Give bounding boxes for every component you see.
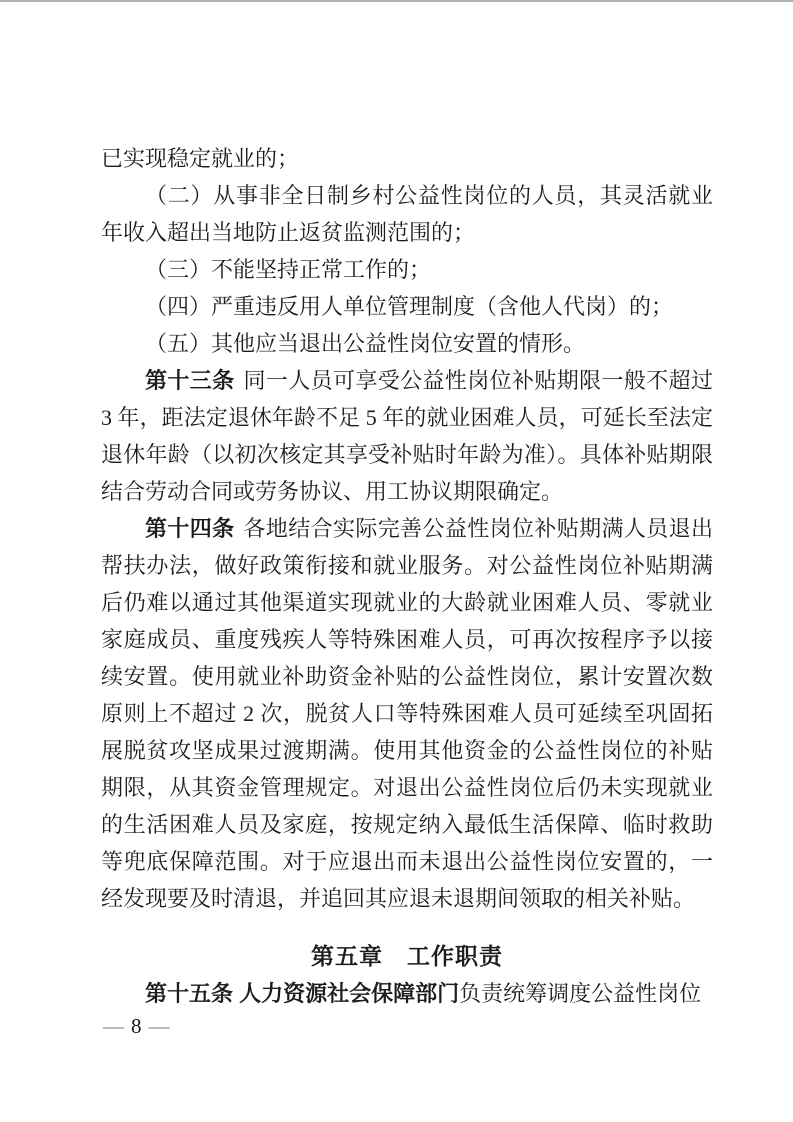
article-number-label: 第十三条 (145, 368, 235, 393)
page-number-value: 8 (131, 1014, 142, 1038)
article-number-label: 第十五条 人力资源社会保障部门 (145, 981, 459, 1006)
body-paragraph: （四）严重违反用人单位管理制度（含他人代岗）的； (101, 288, 713, 325)
article-text: 各地结合实际完善公益性岗位补贴期满人员退出帮扶办法，做好政策衔接和就业服务。对公… (101, 516, 713, 911)
document-content: 已实现稳定就业的；（二）从事非全日制乡村公益性岗位的人员，其灵活就业年收入超出当… (101, 140, 713, 1012)
body-paragraph: （三）不能坚持正常工作的； (101, 251, 713, 288)
article-number-label: 第十四条 (145, 516, 235, 541)
article-paragraph: 第十三条同一人员可享受公益性岗位补贴期限一般不超过 3 年，距法定退休年龄不足 … (101, 362, 713, 510)
page-number-dash-left: — (103, 1014, 124, 1038)
body-paragraph: （五）其他应当退出公益性岗位安置的情形。 (101, 325, 713, 362)
body-paragraph: （二）从事非全日制乡村公益性岗位的人员，其灵活就业年收入超出当地防止返贫监测范围… (101, 177, 713, 251)
article-text: 负责统筹调度公益性岗位 (459, 981, 701, 1006)
body-paragraph: 已实现稳定就业的； (101, 140, 713, 177)
article-paragraph: 第十四条各地结合实际完善公益性岗位补贴期满人员退出帮扶办法，做好政策衔接和就业服… (101, 510, 713, 917)
page-number-dash-right: — (149, 1014, 170, 1038)
chapter-heading: 第五章 工作职责 (101, 938, 713, 975)
scan-edge-line (0, 0, 793, 2)
document-page: 已实现稳定就业的；（二）从事非全日制乡村公益性岗位的人员，其灵活就业年收入超出当… (0, 0, 793, 1122)
page-number: —8— (103, 1013, 170, 1039)
article-paragraph: 第十五条 人力资源社会保障部门负责统筹调度公益性岗位 (101, 975, 713, 1012)
